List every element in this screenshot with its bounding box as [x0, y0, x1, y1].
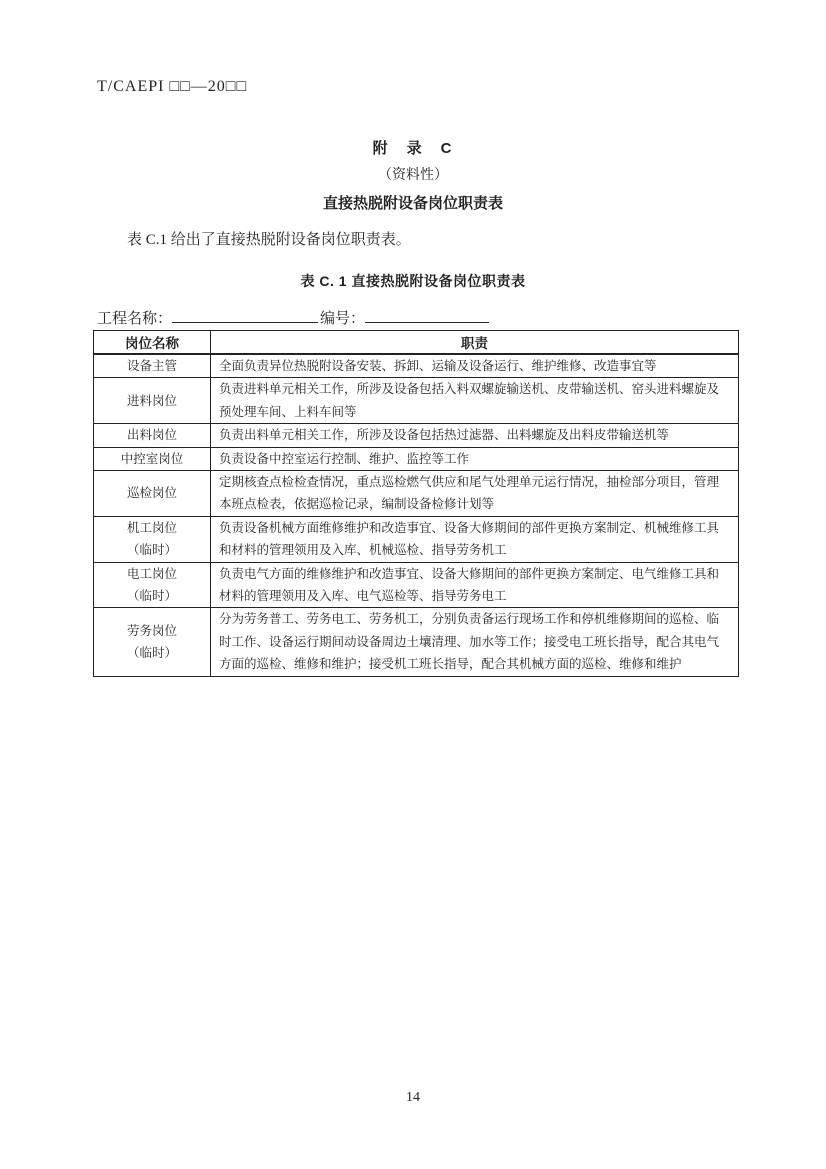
table-row: 劳务岗位（临时） 分为劳务普工、劳务电工、劳务机工，分别负责备运行现场工作和停机… — [94, 608, 739, 676]
duty-cell: 分为劳务普工、劳务电工、劳务机工，分别负责备运行现场工作和停机维修期间的巡检、临… — [211, 608, 739, 676]
number-label: 编号： — [320, 311, 365, 327]
position-name: 中控室岗位 — [121, 452, 184, 466]
appendix-subtitle: （资料性） — [0, 164, 826, 184]
number-blank — [365, 308, 489, 323]
duty-cell: 负责电气方面的维修维护和改造事宜、设备大修期间的部件更换方案制定、电气维修工具和… — [211, 562, 739, 608]
document-page: T/CAEPI □□—20□□ 附 录 C （资料性） 直接热脱附设备岗位职责表… — [0, 0, 826, 1169]
position-note: （临时） — [96, 539, 208, 561]
table-row: 电工岗位（临时） 负责电气方面的维修维护和改造事宜、设备大修期间的部件更换方案制… — [94, 562, 739, 608]
table-row: 巡检岗位 定期核查点检检查情况，重点巡检燃气供应和尾气处理单元运行情况，抽检部分… — [94, 471, 739, 517]
position-name: 出料岗位 — [127, 428, 177, 442]
position-name: 劳务岗位 — [127, 624, 177, 638]
position-cell: 出料岗位 — [94, 424, 211, 447]
position-name: 设备主管 — [127, 359, 177, 373]
position-cell: 机工岗位（临时） — [94, 516, 211, 562]
position-note: （临时） — [96, 642, 208, 664]
standard-code-header: T/CAEPI □□—20□□ — [97, 78, 247, 96]
table-row: 进料岗位 负责进料单元相关工作，所涉及设备包括入料双螺旋输送机、皮带输送机、窑头… — [94, 378, 739, 424]
duty-cell: 定期核查点检检查情况，重点巡检燃气供应和尾气处理单元运行情况，抽检部分项目，管理… — [211, 471, 739, 517]
appendix-heading: 直接热脱附设备岗位职责表 — [0, 192, 826, 213]
position-cell: 劳务岗位（临时） — [94, 608, 211, 676]
position-name: 进料岗位 — [127, 394, 177, 408]
position-name: 电工岗位 — [127, 567, 177, 581]
position-cell: 巡检岗位 — [94, 471, 211, 517]
duty-cell: 负责出料单元相关工作，所涉及设备包括热过滤器、出料螺旋及出料皮带输送机等 — [211, 424, 739, 447]
col-header-position: 岗位名称 — [94, 331, 211, 355]
appendix-title-block: 附 录 C （资料性） 直接热脱附设备岗位职责表 — [0, 137, 826, 213]
position-cell: 电工岗位（临时） — [94, 562, 211, 608]
position-note: （临时） — [96, 585, 208, 607]
project-name-label: 工程名称： — [97, 311, 172, 327]
intro-paragraph: 表 C.1 给出了直接热脱附设备岗位职责表。 — [97, 228, 737, 249]
table-caption: 表 C. 1 直接热脱附设备岗位职责表 — [0, 271, 826, 291]
table-row: 出料岗位 负责出料单元相关工作，所涉及设备包括热过滤器、出料螺旋及出料皮带输送机… — [94, 424, 739, 447]
duty-table: 岗位名称 职责 设备主管 全面负责异位热脱附设备安装、拆卸、运输及设备运行、维护… — [93, 330, 739, 677]
table-row: 中控室岗位 负责设备中控室运行控制、维护、监控等工作 — [94, 447, 739, 470]
duty-cell: 负责进料单元相关工作，所涉及设备包括入料双螺旋输送机、皮带输送机、窑头进料螺旋及… — [211, 378, 739, 424]
position-name: 机工岗位 — [127, 521, 177, 535]
page-number: 14 — [0, 1090, 826, 1106]
duty-cell: 负责设备机械方面维修维护和改造事宜、设备大修期间的部件更换方案制定、机械维修工具… — [211, 516, 739, 562]
duty-cell: 负责设备中控室运行控制、维护、监控等工作 — [211, 447, 739, 470]
form-line: 工程名称：编号： — [97, 307, 489, 328]
appendix-title: 附 录 C — [0, 137, 826, 158]
table-header-row: 岗位名称 职责 — [94, 331, 739, 355]
col-header-duty: 职责 — [211, 331, 739, 355]
project-name-blank — [172, 308, 318, 323]
position-cell: 中控室岗位 — [94, 447, 211, 470]
position-cell: 设备主管 — [94, 354, 211, 378]
table-row: 设备主管 全面负责异位热脱附设备安装、拆卸、运输及设备运行、维护维修、改造事宜等 — [94, 354, 739, 378]
position-cell: 进料岗位 — [94, 378, 211, 424]
duty-cell: 全面负责异位热脱附设备安装、拆卸、运输及设备运行、维护维修、改造事宜等 — [211, 354, 739, 378]
table-row: 机工岗位（临时） 负责设备机械方面维修维护和改造事宜、设备大修期间的部件更换方案… — [94, 516, 739, 562]
position-name: 巡检岗位 — [127, 486, 177, 500]
